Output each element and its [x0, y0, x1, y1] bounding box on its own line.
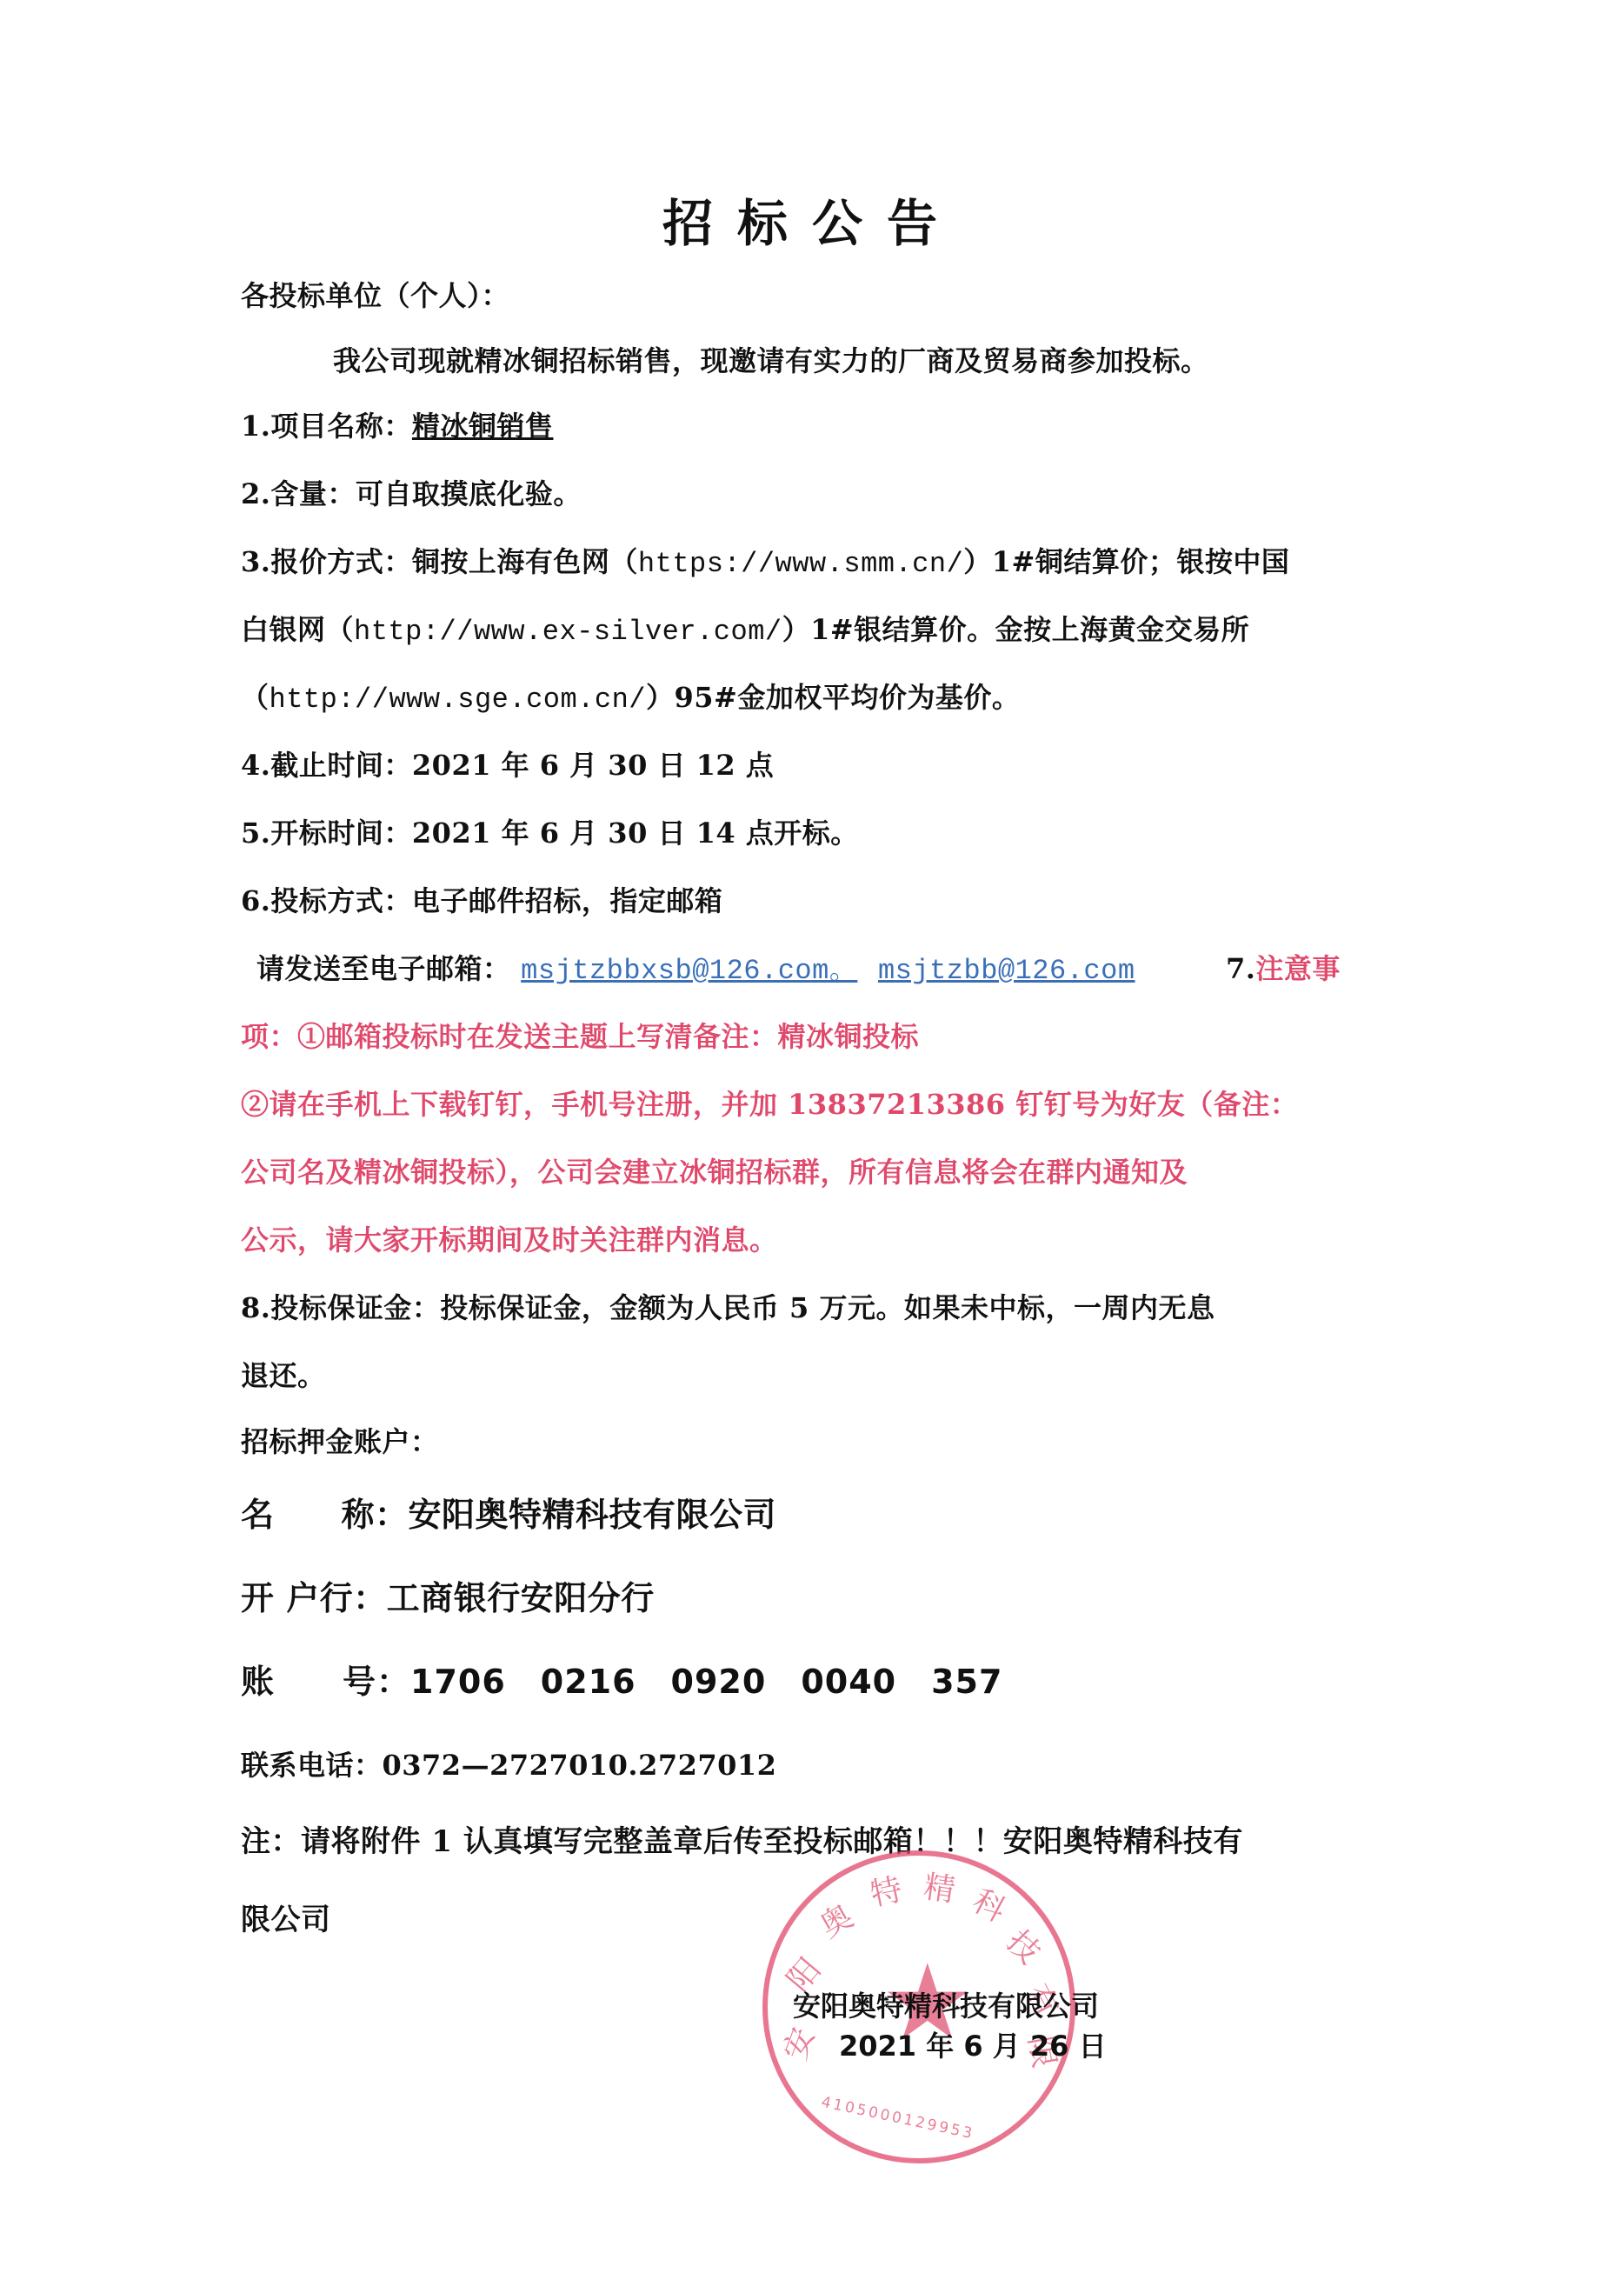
item-3-text: 白银网（	[241, 613, 354, 646]
account-number-label: 账 号：	[241, 1663, 410, 1701]
intro-text: 我公司现就精冰铜招标销售，现邀请有实力的厂商及贸易商参加投标。	[333, 344, 1209, 377]
seal-text: 科	[966, 1877, 1015, 1931]
salutation: 各投标单位（个人）：	[241, 277, 509, 315]
item-7-title: 注意事	[1255, 952, 1341, 985]
account-number-group: 357	[931, 1663, 1002, 1701]
account-heading: 招标押金账户：	[241, 1423, 439, 1461]
sge-url: http://www.sge.com.cn/	[270, 683, 646, 716]
item-6: 6.投标方式：电子邮件招标，指定邮箱	[241, 882, 722, 920]
ex-silver-url: http://www.ex-silver.com/	[354, 616, 782, 648]
item-7-line-2: 项：①邮箱投标时在发送主题上写清备注：精冰铜投标	[241, 1017, 919, 1056]
email-line: 请发送至电子邮箱： msjtzbbxsb@126.com。 msjtzbb@12…	[256, 950, 1369, 990]
seal-text: 奥	[811, 1892, 861, 1946]
item-1-value: 精冰铜销售	[412, 410, 554, 443]
email-label: 请发送至电子邮箱：	[256, 952, 511, 985]
account-bank-value: 工商银行安阳分行	[387, 1579, 655, 1617]
item-3-text: （	[241, 681, 270, 714]
account-name-value: 安阳奥特精科技有限公司	[409, 1496, 777, 1534]
item-4: 4.截止时间：2021 年 6 月 30 日 12 点	[241, 746, 774, 784]
email-link-2[interactable]: msjtzbb@126.com	[878, 955, 1135, 987]
item-7-line-5: 公示，请大家开标期间及时关注群内消息。	[241, 1221, 778, 1259]
item-7-number: 7.	[1226, 952, 1255, 985]
smm-url: https://www.smm.cn/	[638, 548, 963, 580]
item-1-label: 1.项目名称：	[241, 410, 412, 443]
item-1: 1.项目名称：精冰铜销售	[241, 407, 553, 445]
item-5: 5.开标时间：2021 年 6 月 30 日 14 点开标。	[241, 814, 859, 852]
contact-phone: 联系电话：0372—2727010.2727012	[241, 1746, 776, 1784]
seal-code: 4105000129953	[820, 2094, 976, 2143]
item-7-line-3: ②请在手机上下载钉钉，手机号注册，并加 13837213386 钉钉号为好友（备…	[241, 1085, 1298, 1123]
seal-text: 技	[998, 1919, 1052, 1973]
item-3-text: 3.报价方式：铜按上海有色网（	[241, 545, 638, 578]
item-3-line-1: 3.报价方式：铜按上海有色网（https://www.smm.cn/）1#铜结算…	[241, 543, 1289, 583]
note-line-1: 注：请将附件 1 认真填写完整盖章后传至投标邮箱！！！安阳奥特精科技有	[241, 1823, 1243, 1861]
account-bank-row: 开 户行：工商银行安阳分行	[241, 1579, 655, 1617]
account-name-label: 名 称：	[241, 1496, 409, 1534]
seal-text: 特	[866, 1865, 906, 1915]
item-8-line-1: 8.投标保证金：投标保证金，金额为人民币 5 万元。如果未中标，一周内无息	[241, 1289, 1215, 1327]
page-title: 招标公告	[0, 183, 1624, 256]
seal-text: 安	[771, 2021, 823, 2065]
account-bank-label: 开 户行：	[241, 1579, 387, 1617]
item-8-line-2: 退还。	[241, 1356, 326, 1395]
account-number-group: 0040	[801, 1663, 896, 1701]
item-3-text: ）1#铜结算价；银按中国	[963, 545, 1289, 578]
account-name-row: 名 称：安阳奥特精科技有限公司	[241, 1496, 776, 1534]
seal-text: 精	[922, 1863, 959, 1911]
item-3-text: ）95#金加权平均价为基价。	[646, 681, 1020, 714]
item-3-line-2: 白银网（http://www.ex-silver.com/）1#银结算价。金按上…	[241, 610, 1249, 651]
item-2: 2.含量：可自取摸底化验。	[241, 475, 582, 513]
account-number-group: 0216	[541, 1663, 636, 1701]
intro-paragraph: 我公司现就精冰铜招标销售，现邀请有实力的厂商及贸易商参加投标。	[333, 342, 1209, 380]
account-number-group: 0920	[671, 1663, 767, 1701]
item-3-line-3: （http://www.sge.com.cn/）95#金加权平均价为基价。	[241, 678, 1020, 719]
item-3-text: ）1#银结算价。金按上海黄金交易所	[782, 613, 1250, 646]
signature-company: 安阳奥特精科技有限公司	[793, 1984, 1099, 2024]
account-number-row: 账 号：1706021609200040357	[241, 1663, 1037, 1701]
email-link-1[interactable]: msjtzbbxsb@126.com。	[521, 955, 857, 987]
account-number-group: 1706	[410, 1663, 506, 1701]
signature-date: 2021 年 6 月 26 日	[839, 2024, 1107, 2064]
document-page: 招标公告 各投标单位（个人）： 我公司现就精冰铜招标销售，现邀请有实力的厂商及贸…	[0, 0, 1624, 2293]
item-7-head: 7.注意事	[1226, 950, 1341, 988]
note-line-2: 限公司	[241, 1901, 331, 1939]
item-7-line-4: 公司名及精冰铜投标），公司会建立冰铜招标群，所有信息将会在群内通知及	[241, 1153, 1188, 1191]
